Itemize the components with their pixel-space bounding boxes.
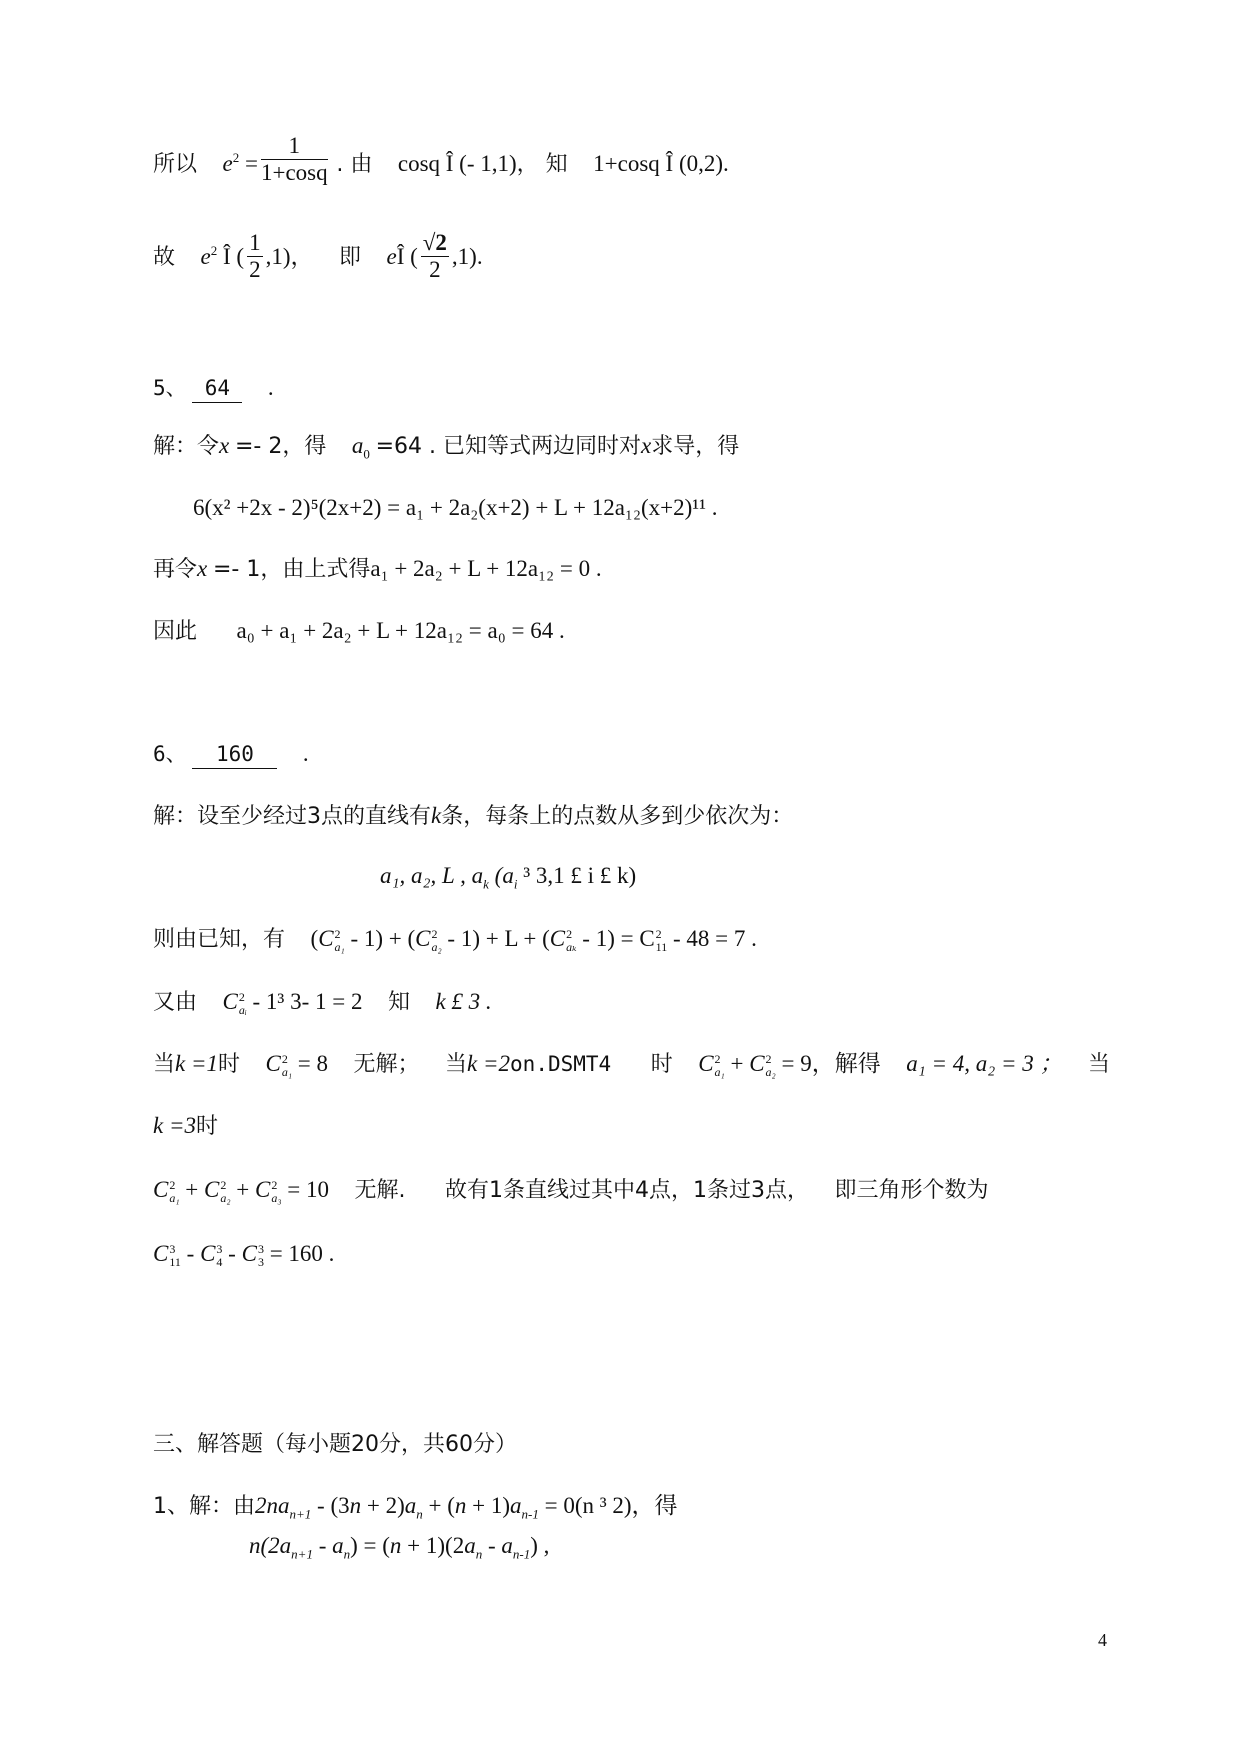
frac-numerator: 1 bbox=[247, 230, 263, 257]
text-derivative: =64 . 已知等式两边同时对 bbox=[376, 434, 641, 459]
c-a1-2: C2a₁ bbox=[153, 1178, 180, 1205]
combination-sum: (C2a₁ - 1) + (C2a₂ - 1) + L + (C2aₖ bbox=[311, 926, 583, 951]
answer-blank: 64 bbox=[192, 374, 242, 403]
section-heading: 三、解答题（每小题20分，共60分） bbox=[153, 1432, 517, 1457]
line-e-squared: 所以 e2 =11+cosq . 由 cosq Î (- 1,1)， 知 1+c… bbox=[153, 145, 729, 186]
sub-n-plus-1: n+1 bbox=[290, 1507, 312, 1522]
c-4-3: C34 bbox=[200, 1242, 222, 1269]
c-a2-2: C2a₂ bbox=[204, 1178, 231, 1205]
c-3-3: C33 bbox=[242, 1242, 264, 1269]
text-gu: 故 bbox=[153, 245, 175, 270]
sub-i: i bbox=[514, 877, 518, 892]
page-number: 4 bbox=[1098, 1630, 1107, 1651]
conclusion-text-2: 即三角形个数为 bbox=[835, 1178, 989, 1203]
text-youyou: 又由 bbox=[153, 990, 197, 1015]
watermark-text: on.DSMT4 bbox=[510, 1052, 611, 1076]
q6-sum3: C2a₁ + C2a₂ + C2a₃ = 10 无解. 故有1条直线过其中4点，… bbox=[153, 1176, 989, 1205]
frac-numerator: √2 bbox=[421, 230, 449, 257]
q6-also: 又由 C2aᵢ - 1³ 3- 1 = 2 知 k £ 3 . bbox=[153, 988, 492, 1017]
text-problem-1: 1、解：由 bbox=[153, 1494, 255, 1519]
result: - 48 = 7 . bbox=[673, 926, 757, 951]
problem-1-line2: n(2an+1 - an) = (n + 1)(2an - an-1) , bbox=[249, 1532, 549, 1560]
var-a: a bbox=[352, 433, 364, 458]
text-zeyou: 则由已知，有 bbox=[153, 927, 285, 952]
k-eq-2: k =2 bbox=[467, 1051, 510, 1076]
interval-tail: ,1). bbox=[452, 244, 483, 269]
recurrence-tail: = 0(n ³ 2)，得 bbox=[545, 1493, 678, 1518]
text-dang: 当 bbox=[1088, 1052, 1110, 1077]
text-dang: 当 bbox=[445, 1052, 467, 1077]
q6-cases: 当k =1时 C2a₁ = 8 无解； 当k =2on.DSMT4 时 C2a₁… bbox=[153, 1050, 1110, 1079]
c-a3-2: C2a₃ bbox=[255, 1178, 282, 1205]
question-number: 6、 bbox=[153, 742, 187, 766]
period: . bbox=[268, 375, 274, 400]
in-symbol: Î ( bbox=[397, 244, 418, 269]
text-setup-2: 条，每条上的点数从多到少依次为： bbox=[441, 804, 793, 829]
sup-2: 2 bbox=[233, 150, 240, 165]
frac-denominator: 2 bbox=[421, 257, 449, 283]
expr: - 1) = C bbox=[582, 926, 654, 951]
expr: n(2a bbox=[249, 1533, 291, 1558]
question-number: 5、 bbox=[153, 376, 187, 400]
text-yinci: 因此 bbox=[153, 619, 197, 644]
c-ai-2: C2aᵢ bbox=[223, 990, 247, 1017]
var-x: x bbox=[219, 433, 229, 458]
text-zailing: 再令 bbox=[153, 557, 197, 582]
equation: a₁ + 2a₂ + L + 12a₁₂ = 0 . bbox=[370, 556, 601, 581]
q5-derivative-equation: 6(x² +2x - 2)⁵(2x+2) = a₁ + 2a₂(x+2) + L… bbox=[193, 494, 718, 522]
text-shi: 时 bbox=[651, 1052, 673, 1077]
q6-case-k3: k =3时 bbox=[153, 1112, 218, 1141]
k-eq-3: k =3 bbox=[153, 1113, 196, 1138]
var-e: e bbox=[223, 151, 233, 176]
condition: ³ 3,1 £ i £ k) bbox=[523, 863, 636, 888]
q6-solution-line1: 解：设至少经过3点的直线有k条，每条上的点数从多到少依次为： bbox=[153, 802, 793, 831]
document-page: 所以 e2 =11+cosq . 由 cosq Î (- 1,1)， 知 1+c… bbox=[0, 0, 1241, 1754]
period: . bbox=[303, 741, 309, 766]
k-eq-1: k =1 bbox=[175, 1051, 218, 1076]
q5-solution-line1: 解：令x =- 2，得 a0 =64 . 已知等式两边同时对x求导，得 bbox=[153, 432, 739, 461]
q5-solution-line4: 因此 a₀ + a₁ + 2a₂ + L + 12a₁₂ = a₀ = 64 . bbox=[153, 617, 565, 646]
var-e: e bbox=[387, 244, 397, 269]
text-wujie: 无解； bbox=[354, 1052, 420, 1077]
q6-sequence: a₁, a₂, L , ak (ai ³ 3,1 £ i £ k) bbox=[380, 862, 636, 890]
text-suoyi: 所以 bbox=[153, 152, 197, 177]
sub-k: k bbox=[483, 877, 489, 892]
frac-numerator: 1 bbox=[261, 133, 328, 160]
text-ji: 即 bbox=[339, 245, 361, 270]
text-dang: 当 bbox=[153, 1052, 175, 1077]
final-result: = 160 . bbox=[270, 1241, 335, 1266]
var-x: x bbox=[197, 556, 207, 581]
eq-10: = 10 bbox=[287, 1177, 329, 1202]
conclusion-text: 故有1条直线过其中4点，1条过3点， bbox=[445, 1178, 809, 1203]
section-3-title: 三、解答题（每小题20分，共60分） bbox=[153, 1430, 517, 1459]
c-a2-2: C2a₂ bbox=[749, 1052, 776, 1079]
interval-tail: ,1)， bbox=[266, 244, 314, 269]
text-jie-ling: 解：令 bbox=[153, 434, 219, 459]
text-shi: 时 bbox=[196, 1114, 218, 1139]
c-11-3: C311 bbox=[153, 1242, 181, 1269]
condition-open: (a bbox=[495, 863, 514, 888]
frac-denominator: 2 bbox=[247, 257, 263, 283]
equals: = bbox=[245, 151, 258, 176]
problem-1-line1: 1、解：由2nan+1 - (3n + 2)an + (n + 1)an-1 =… bbox=[153, 1492, 678, 1521]
var-k: k bbox=[431, 803, 441, 828]
question-6-header: 6、 160 . bbox=[153, 740, 309, 769]
equation: a₀ + a₁ + 2a₂ + L + 12a₁₂ = a₀ = 64 . bbox=[237, 618, 565, 643]
in-symbol: Î ( bbox=[223, 244, 244, 269]
fraction: 11+cosq bbox=[261, 133, 328, 186]
text-zhi: ， 知 bbox=[517, 152, 568, 177]
period: . bbox=[723, 151, 729, 176]
text-qiudao: 求导，得 bbox=[651, 434, 739, 459]
sub-0: 0 bbox=[363, 447, 370, 462]
solution-values: a₁ = 4, a₂ = 3 ； bbox=[906, 1051, 1062, 1076]
var-e: e bbox=[201, 244, 211, 269]
var-x: x bbox=[641, 433, 651, 458]
fraction-sqrt2-over-2: √22 bbox=[421, 230, 449, 283]
expr-1pluscos-range: 1+cosq Î (0,2) bbox=[593, 151, 723, 176]
expr: 2na bbox=[255, 1493, 290, 1518]
c-a1-2: C2a₁ bbox=[266, 1052, 293, 1079]
inequality: - 1³ 3- 1 = 2 bbox=[253, 989, 363, 1014]
answer-blank: 160 bbox=[192, 740, 277, 769]
text-wujie: 无解. bbox=[355, 1178, 406, 1203]
text-shi: 时 bbox=[218, 1052, 240, 1077]
eq-9: = 9，解得 bbox=[781, 1051, 880, 1076]
sup-2: 2 bbox=[211, 243, 218, 258]
eq-8: = 8 bbox=[298, 1051, 328, 1076]
text-you: . 由 bbox=[336, 152, 372, 177]
line-e-range: 故 e2 Î (12,1)， 即 eÎ (√22,1). bbox=[153, 234, 483, 283]
q6-final: C311 - C34 - C33 = 160 . bbox=[153, 1240, 334, 1269]
text-zhi: 知 bbox=[388, 990, 410, 1015]
c-a1-2: C2a₁ bbox=[698, 1052, 725, 1079]
q5-solution-line3: 再令x =- 1，由上式得a₁ + 2a₂ + L + 12a₁₂ = 0 . bbox=[153, 555, 602, 584]
q6-known: 则由已知，有 (C2a₁ - 1) + (C2a₂ - 1) + L + (C2… bbox=[153, 925, 757, 954]
fraction-half: 12 bbox=[247, 230, 263, 283]
text-setup: 解：设至少经过3点的直线有 bbox=[153, 804, 431, 829]
k-bound: k £ 3 . bbox=[435, 989, 491, 1014]
text-eq-neg1: =- 1，由上式得 bbox=[213, 557, 370, 582]
question-5-header: 5、 64 . bbox=[153, 374, 274, 403]
equation: 6(x² +2x - 2)⁵(2x+2) = a₁ + 2a₂(x+2) + L… bbox=[193, 495, 718, 520]
frac-denominator: 1+cosq bbox=[261, 160, 328, 186]
sequence: a₁, a₂, L , a bbox=[380, 863, 483, 888]
expr-cos-range: cosq Î (- 1,1) bbox=[398, 151, 517, 176]
text-eq-neg2: =- 2，得 bbox=[235, 434, 326, 459]
